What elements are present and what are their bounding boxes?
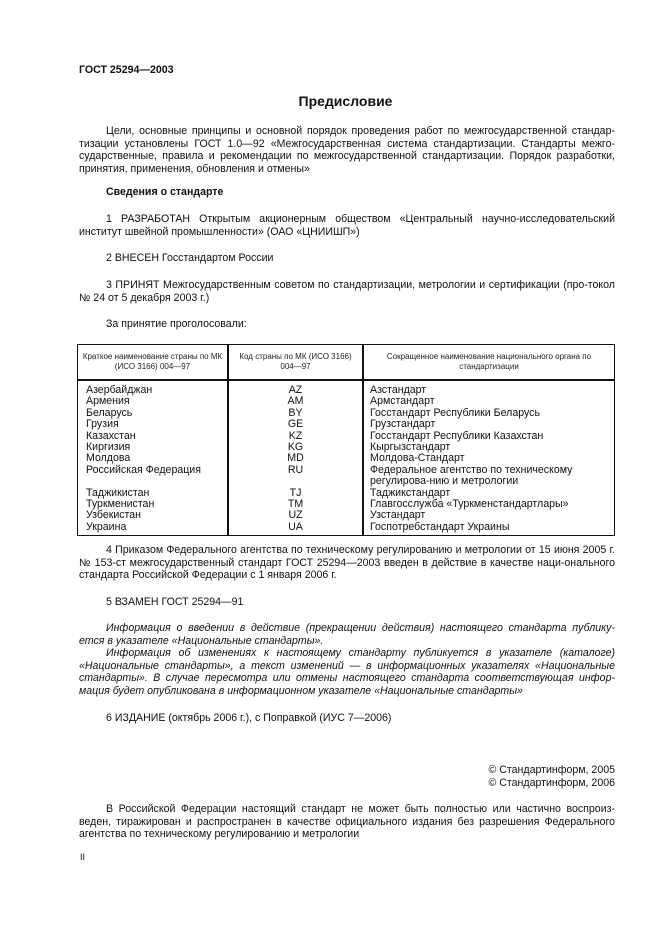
item-5: 5 ВЗАМЕН ГОСТ 25294—91 [79,596,615,609]
notice-text: В Российской Федерации настоящий стандар… [79,803,615,840]
item-5-text: 5 ВЗАМЕН ГОСТ 25294—91 [106,596,243,608]
info-paragraph-1: Информация о введении в действие (прекра… [79,622,615,647]
item-1-text: 1 РАЗРАБОТАН Открытым акционерным общест… [79,213,615,238]
table-row: ТуркменистанTMГлавгосслужба «Туркменстан… [78,499,615,510]
intro-paragraph: Цели, основные принципы и основной поряд… [79,125,615,175]
item-2: 2 ВНЕСЕН Госстандартом России [79,252,615,265]
country-name-cell: Российская Федерация [78,465,229,488]
standards-body-cell: Госпотребстандарт Украины [363,522,615,536]
page-number: II [80,851,85,864]
country-name-cell: Грузия [78,419,229,430]
intro-text: Цели, основные принципы и основной поряд… [79,125,615,175]
item-4-text: 4 Приказом Федерального агентства по тех… [79,544,615,581]
page-title: Предисловие [0,95,661,108]
country-name-cell: Азербайджан [78,380,229,396]
voted-label: За принятие проголосовали: [79,318,615,331]
standards-body-cell: Федеральное агентство по техническому ре… [363,465,615,488]
table-row: БеларусьBYГосстандарт Республики Беларус… [78,408,615,419]
item-6: 6 ИЗДАНИЕ (октябрь 2006 г.), с Поправкой… [79,712,615,725]
country-name-cell: Украина [78,522,229,536]
document-code: ГОСТ 25294—2003 [79,64,174,77]
country-code-cell: RU [228,465,363,488]
voted-label-text: За принятие проголосовали: [106,318,247,330]
section-heading-text: Сведения о стандарте [106,186,223,198]
table-header-row: Краткое наименование страны по МК (ИСО 3… [78,345,615,381]
item-1: 1 РАЗРАБОТАН Открытым акционерным общест… [79,213,615,238]
standards-body-cell: Грузстандарт [363,419,615,430]
item-4: 4 Приказом Федерального агентства по тех… [79,544,615,582]
table-row: УкраинаUAГоспотребстандарт Украины [78,522,615,536]
table-row: КиргизияKGКыргызстандарт [78,442,615,453]
country-code-cell: UA [228,522,363,536]
table-row: АзербайджанAZАзстандарт [78,380,615,396]
reproduction-notice: В Российской Федерации настоящий стандар… [79,803,615,841]
item-3: 3 ПРИНЯТ Межгосударственным советом по с… [79,279,615,304]
section-heading: Сведения о стандарте [79,186,615,199]
item-3-text: 3 ПРИНЯТ Межгосударственным советом по с… [79,279,615,304]
item-6-text: 6 ИЗДАНИЕ (октябрь 2006 г.), с Поправкой… [106,712,391,724]
info-1-text: Информация о введении в действие (прекра… [79,622,615,647]
header-country-name: Краткое наименование страны по МК (ИСО 3… [78,345,229,381]
copyright-2005: © Стандартинформ, 2005 [79,764,615,777]
country-code-cell: AZ [228,380,363,396]
item-2-text: 2 ВНЕСЕН Госстандартом России [106,252,273,264]
table-row: ГрузияGEГрузстандарт [78,419,615,430]
table-row: Российская ФедерацияRUФедеральное агентс… [78,465,615,488]
standards-body-cell: Азстандарт [363,380,615,396]
voting-table: Краткое наименование страны по МК (ИСО 3… [77,344,615,536]
header-standards-body: Сокращенное наименование национального о… [363,345,615,381]
table-row: УзбекистанUZУзстандарт [78,510,615,521]
copyright-2006: © Стандартинформ, 2006 [79,777,615,790]
header-country-code: Код страны по МК (ИСО 3166) 004—97 [228,345,363,381]
info-2-text: Информация об изменениях к настоящему ст… [79,647,615,697]
country-code-cell: GE [228,419,363,430]
table-row: КазахстанKZГосстандарт Республики Казахс… [78,431,615,442]
info-paragraph-2: Информация об изменениях к настоящему ст… [79,647,615,697]
